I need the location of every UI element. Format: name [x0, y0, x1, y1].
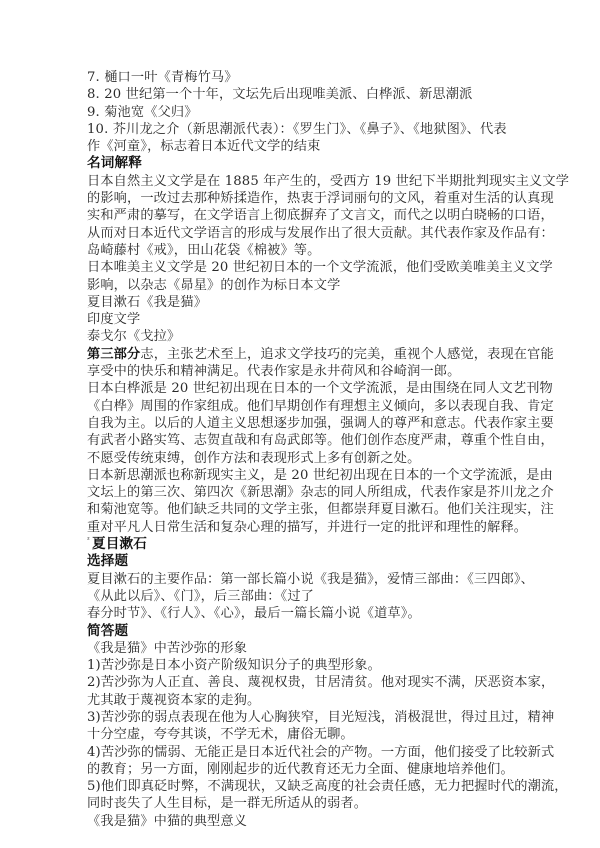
answer-line: 尤其敢于蔑视资本家的走狗。 — [87, 692, 527, 709]
paragraph-line: 日本白桦派是 20 世纪初出现在日本的一个文学流派，是由围绕在同人文艺刊物 — [87, 380, 527, 397]
paragraph-line: 日本唯美主义文学是 20 世纪初日本的一个文学流派，他们受欧美唯美主义文学 — [87, 259, 527, 276]
paragraph-line: 夏目漱石的主要作品：第一部长篇小说《我是猫》，爱情三部曲：《三四郎》、 — [87, 571, 527, 588]
list-item-continuation: 作《河童》，标志着日本近代文学的结束 — [87, 138, 527, 155]
text-line: 印度文学 — [87, 311, 527, 328]
question-title: 《我是猫》中猫的典型意义 — [87, 813, 527, 830]
paragraph-line: 《白桦》周围的作家组成。他们早期创作有理想主义倾向，多以表现自我、肯定 — [87, 398, 527, 415]
answer-line: 4)苦沙弥的懦弱、无能正是日本近代社会的产物。一方面，他们接受了比较新式 — [87, 744, 527, 761]
paragraph-line: 重对平凡人日常生活和复杂心理的描写，并进行一定的批评和理性的解释。 — [87, 519, 527, 536]
list-item: 10. 芥川龙之介（新思潮派代表）：《罗生门》、《鼻子》、《地狱图》、代表 — [87, 121, 527, 138]
answer-line: 2)苦沙弥为人正直、善良、蔑视权贵，甘居清贫。他对现实不满，厌恶资本家， — [87, 674, 527, 691]
paragraph-line: 不愿受传统束缚，创作方法和表现形式上多有创新之处。 — [87, 450, 527, 467]
list-item: 9. 菊池宽《父归》 — [87, 104, 527, 121]
paragraph-line-part3: 第三部分志，主张艺术至上，追求文学技巧的完美，重视个人感觉，表现在官能 — [87, 346, 527, 363]
paragraph-line: 岛崎藤村《戒》，田山花袋《棉被》等。 — [87, 242, 527, 259]
paragraph-line: 文坛上的第三次、第四次《新思潮》杂志的同人所组成，代表作家是芥川龙之介 — [87, 484, 527, 501]
paragraph-line: 的影响，一改过去那种矫揉造作，热衷于浮词丽句的文风，着重对生活的认真现 — [87, 190, 527, 207]
section-heading-terms: 名词解释 — [87, 155, 527, 172]
subheading-choice: 选择题 — [87, 553, 527, 570]
paragraph-line: 和菊池宽等。他们缺乏共同的文学主张，但都崇拜夏目漱石。他们关注现实，注 — [87, 501, 527, 518]
section-title: 夏目漱石 — [92, 536, 147, 552]
paragraph-line: 日本自然主义文学是在 1885 年产生的，受西方 19 世纪下半期批判现实主义文… — [87, 173, 527, 190]
list-item: 8. 20 世纪第一个十年，文坛先后出现唯美派、白桦派、新思潮派 — [87, 86, 527, 103]
section-number: ² — [87, 536, 90, 544]
paragraph-line: 日本新思潮派也称新现实主义，是 20 世纪初出现在日本的一个文学流派，是由 — [87, 467, 527, 484]
answer-line: 1)苦沙弥是日本小资产阶级知识分子的典型形象。 — [87, 657, 527, 674]
paragraph-line: 影响，以杂志《昴星》的创作为标日本文学 — [87, 277, 527, 294]
paragraph-line: 从而对日本近代文学语言的形成与发展作出了很大贡献。其代表作家及作品有： — [87, 225, 527, 242]
paragraph-line: 《从此以后》、《门》，后三部曲：《过了 — [87, 588, 527, 605]
paragraph-line: 享受中的快乐和精神满足。代表作家是永井荷风和谷崎润一郎。 — [87, 363, 527, 380]
part3-text: 志，主张艺术至上，追求文学技巧的完美，重视个人感觉，表现在官能 — [140, 347, 553, 362]
document-page: 7. 樋口一叶《青梅竹马》 8. 20 世纪第一个十年，文坛先后出现唯美派、白桦… — [87, 69, 527, 830]
answer-line: 5)他们即真砭时弊，不满现状，又缺乏高度的社会责任感，无力把握时代的潮流， — [87, 778, 527, 795]
paragraph-line: 春分时节》、《行人》、《心》，最后一篇长篇小说《道草》。 — [87, 605, 527, 622]
paragraph-line: 自我为主。以后的人道主义思想逐步加强，强调人的尊严和意志。代表作家主要 — [87, 415, 527, 432]
list-item: 7. 樋口一叶《青梅竹马》 — [87, 69, 527, 86]
answer-line: 同时丧失了人生目标，是一群无所适从的弱者。 — [87, 795, 527, 812]
answer-line: 十分空虚，夸夸其谈，不学无术，庸俗无聊。 — [87, 726, 527, 743]
text-line: 泰戈尔《戈拉》 — [87, 328, 527, 345]
answer-line: 的教育；另一方面，刚刚起步的近代教育还无力全面、健康地培养他们。 — [87, 761, 527, 778]
part3-lead: 第三部分 — [87, 347, 140, 362]
paragraph-line: 有武者小路实笃、志贺直哉和有岛武郎等。他们创作态度严肃，尊重个性自由， — [87, 432, 527, 449]
paragraph-line: 实和严肃的摹写，在文学语言上彻底摒弃了文言文，而代之以明白晓畅的口语， — [87, 207, 527, 224]
answer-line: 3)苦沙弥的弱点表现在他为人心胸狭窄，目光短浅，消极混世，得过且过，精神 — [87, 709, 527, 726]
text-line: 夏目漱石《我是猫》 — [87, 294, 527, 311]
section-heading-soseki: ²夏目漱石 — [87, 536, 527, 553]
subheading-short-answer: 简答题 — [87, 623, 527, 640]
question-title: 《我是猫》中苦沙弥的形象 — [87, 640, 527, 657]
